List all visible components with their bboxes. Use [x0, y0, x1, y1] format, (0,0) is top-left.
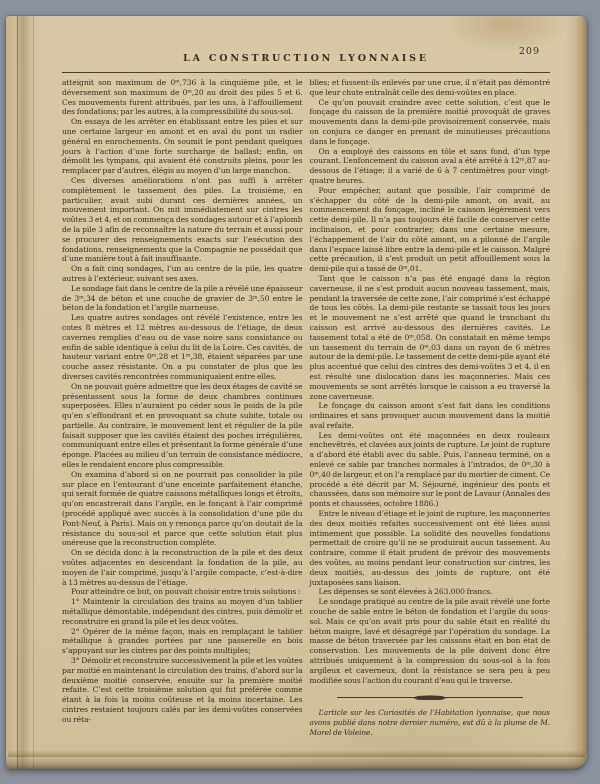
page-number: 209	[519, 46, 540, 57]
paragraph: Le fonçage du caisson amont s’est fait d…	[310, 401, 551, 430]
left-column: atteignit son maximum de 0ᵐ,736 à la cin…	[62, 78, 303, 738]
paragraph: On essaya de les arrêter en établissant …	[62, 117, 303, 176]
editorial-note: L’article sur les Curiosités de l’Habita…	[310, 708, 551, 737]
paragraph: 1° Maintenir la circulation des trains a…	[62, 597, 303, 626]
journal-title: LA CONSTRUCTION LYONNAISE	[183, 53, 429, 64]
page-bottom-fold	[8, 750, 585, 757]
paragraph: blies; et fussent-ils enlevés par une cr…	[310, 78, 551, 98]
right-column: blies; et fussent-ils enlevés par une cr…	[310, 78, 551, 738]
paragraph: Pour atteindre ce but, on pouvait choisi…	[62, 587, 303, 597]
paragraph: Le sondage pratiqué au centre de la pile…	[310, 597, 551, 685]
paragraph: Les dépenses se sont élevées à 263.000 f…	[310, 587, 551, 597]
paragraph: Tant que le caisson n’a pas été engagé d…	[310, 274, 551, 401]
article-body: atteignit son maximum de 0ᵐ,736 à la cin…	[62, 78, 550, 738]
paragraph: Ce qu’on pouvait craindre avec cette sol…	[310, 98, 551, 147]
paragraph: atteignit son maximum de 0ᵐ,736 à la cin…	[62, 78, 303, 117]
page-right-edge	[565, 16, 587, 769]
paragraph: On ne pouvait guère admettre que les deu…	[62, 382, 303, 470]
paragraph: 2° Opérer de la même façon, mais en remp…	[62, 627, 303, 656]
paragraph: Entre le niveau d’étiage et le joint de …	[310, 509, 551, 587]
paragraph: Les demi-voûtes ont été maçonnées en deu…	[310, 431, 551, 509]
paragraph: Pour empêcher, autant que possible, l’ai…	[310, 186, 551, 274]
right-column-paragraphs: blies; et fussent-ils enlevés par une cr…	[310, 78, 551, 685]
masthead-rule	[62, 72, 550, 73]
paragraph: Le sondage fait dans le centre de la pil…	[62, 284, 303, 313]
paragraph: On a employé des caissons en tôle et san…	[310, 147, 551, 186]
diamond-ornament-icon	[413, 695, 447, 700]
article-end-rule	[337, 694, 523, 701]
paragraph: 3° Démolir et reconstruire successivemen…	[62, 656, 303, 725]
masthead: LA CONSTRUCTION LYONNAISE 209	[62, 46, 550, 73]
paragraph: Les quatre autres sondages ont révélé l’…	[62, 313, 303, 382]
page-bottom-edge	[6, 757, 587, 769]
scanned-page: LA CONSTRUCTION LYONNAISE 209 atteignit …	[6, 16, 587, 769]
paragraph: On examina d’abord si on ne pourrait pas…	[62, 470, 303, 548]
paragraph: Ces diverses améliorations n’ont pas suf…	[62, 176, 303, 264]
page-fold	[6, 16, 38, 769]
paragraph: On a fait cinq sondages, l’un au centre …	[62, 264, 303, 284]
paragraph: On se décida donc à la reconstruction de…	[62, 548, 303, 587]
